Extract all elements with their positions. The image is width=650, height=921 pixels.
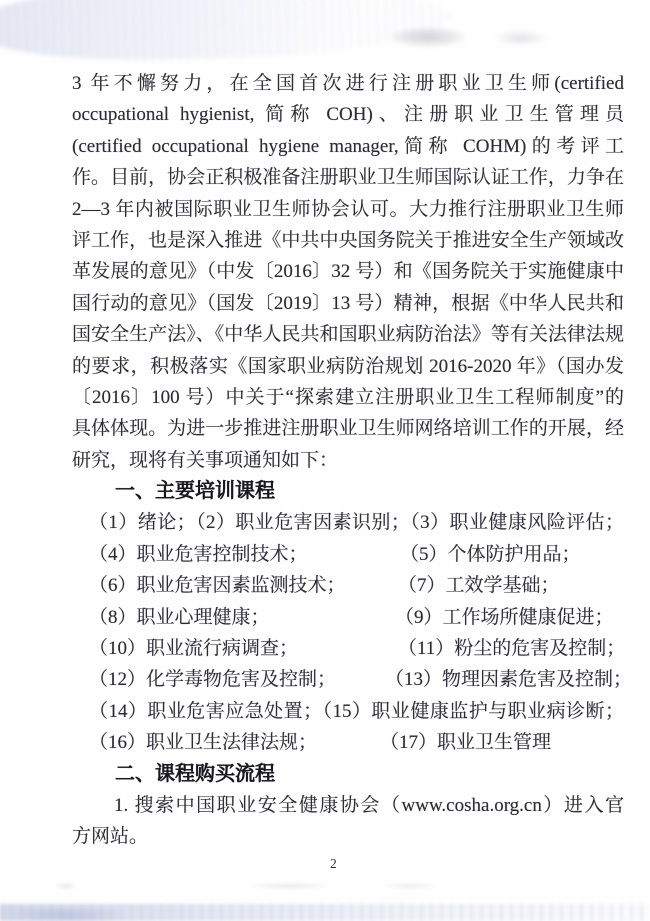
course-item: （17）职业卫生管理: [380, 727, 551, 758]
course-item: （8）职业心理健康；: [89, 607, 270, 628]
course-row: （1）绪论；（2）职业危害因素识别；（3）职业健康风险评估；: [72, 507, 624, 538]
course-row: （6）职业危害因素监测技术； （7）工效学基础；: [72, 570, 624, 601]
course-item: （16）职业卫生法律法规；: [89, 732, 317, 753]
course-item: （10）职业流行病调查；: [89, 638, 298, 659]
course-item: （13）物理因素危害及控制；: [385, 664, 632, 695]
course-row: （10）职业流行病调查； （11）粉尘的危害及控制；: [72, 633, 624, 664]
paragraph-line: 革发展的意见》（中发〔2016〕32 号）和《国务院关于实施健康中: [72, 256, 624, 287]
scanned-document-page: 3 年不懈努力，在全国首次进行注册职业卫生师(certified occupat…: [0, 0, 650, 921]
course-row: （12）化学毒物危害及控制； （13）物理因素危害及控制；: [72, 664, 624, 695]
paragraph-line: occupational hygienist, 简称 COH)、注册职业卫生管理…: [72, 99, 624, 130]
scan-specks-bottom: [50, 880, 470, 892]
course-item: （5）个体防护用品；: [400, 539, 581, 570]
section2-heading: 二、课程购买流程: [72, 759, 624, 790]
paragraph-line: (certified occupational hygiene manager,…: [72, 131, 624, 162]
section1-heading: 一、主要培训课程: [72, 476, 624, 507]
course-item: （9）工作场所健康促进；: [395, 602, 614, 633]
course-item: （6）职业危害因素监测技术；: [89, 575, 346, 596]
scan-smudge-top-left: [0, 0, 451, 66]
course-item: （4）职业危害控制技术；: [89, 544, 308, 565]
paragraph-line: 国安全生产法》、《中华人民共和国职业病防治法》等有关法律法规: [72, 319, 624, 350]
course-item: （11）粉尘的危害及控制；: [398, 633, 625, 664]
paragraph-line: 国行动的意见》（国发〔2019〕13 号）精神，根据《中华人民共和: [72, 288, 624, 319]
course-row: （4）职业危害控制技术； （5）个体防护用品；: [72, 539, 624, 570]
course-row: （16）职业卫生法律法规； （17）职业卫生管理: [72, 727, 624, 758]
step-line: 1. 搜索中国职业安全健康协会（www.cosha.org.cn）进入官: [72, 790, 624, 821]
paragraph-line: 研究，现将有关事项通知如下：: [72, 445, 624, 476]
course-item: （7）工效学基础；: [398, 570, 560, 601]
scan-blob-bottom-left: [0, 905, 142, 921]
paragraph-line: 2—3 年内被国际职业卫生师协会认可。大力推行注册职业卫生师考: [72, 194, 624, 225]
page-number: 2: [330, 856, 337, 872]
course-item: （12）化学毒物危害及控制；: [89, 669, 336, 690]
paragraph-line: 〔2016〕100 号）中关于“探索建立注册职业卫生工程师制度”的: [72, 382, 624, 413]
scan-band-bottom: [0, 904, 650, 921]
paragraph-line: 作。目前，协会正积极准备注册职业卫生师国际认证工作，力争在: [72, 162, 624, 193]
document-body: 3 年不懈努力，在全国首次进行注册职业卫生师(certified occupat…: [72, 68, 624, 853]
scan-smudge-top-center: [378, 24, 478, 50]
scan-smudge-top-right: [486, 28, 556, 48]
course-row: （14）职业危害应急处置；（15）职业健康监护与职业病诊断；: [72, 696, 624, 727]
paragraph-line: 评工作，也是深入推进《中共中央国务院关于推进安全生产领域改: [72, 225, 624, 256]
course-row: （8）职业心理健康； （9）工作场所健康促进；: [72, 602, 624, 633]
paragraph-line: 3 年不懈努力，在全国首次进行注册职业卫生师(certified: [72, 68, 624, 99]
paragraph-line: 具体体现。为进一步推进注册职业卫生师网络培训工作的开展，经: [72, 413, 624, 444]
paragraph-line: 的要求，积极落实《国家职业病防治规划 2016-2020 年》（国办发: [72, 351, 624, 382]
step-line: 方网站。: [72, 821, 624, 852]
